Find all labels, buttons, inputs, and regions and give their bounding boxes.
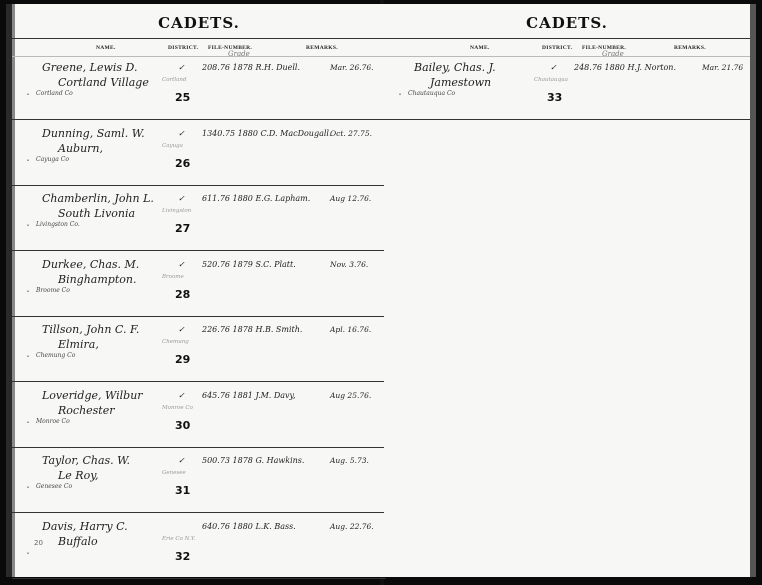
cadet-name: Davis, Harry C. — [42, 520, 128, 533]
entry-rule — [12, 578, 386, 579]
ledger-entry: Taylor, Chas. W. Le Roy, Genesee Co Gene… — [12, 450, 386, 513]
cadet-name: Dunning, Saml. W. — [42, 127, 145, 140]
page-title: CADETS. — [12, 14, 386, 32]
file-number: 1340.75 1880 C.D. MacDougall. — [202, 129, 332, 138]
cadet-town: Jamestown — [430, 76, 491, 89]
cadet-name: Greene, Lewis D. — [42, 61, 137, 74]
tick-mark-icon: ˇ — [398, 93, 402, 102]
entry-number: 31 — [175, 484, 190, 497]
file-number: 520.76 1879 S.C. Platt. — [202, 260, 296, 269]
district-note: Genesee — [162, 470, 186, 476]
cadet-county: Chautauqua Co — [408, 90, 455, 97]
district-note: Cayuga — [162, 143, 183, 149]
title-rule — [12, 38, 386, 39]
check-mark-icon: ✓ — [178, 325, 185, 334]
column-header-district: DISTRICT. — [542, 45, 572, 51]
column-header-district: DISTRICT. — [168, 45, 198, 51]
tick-mark-icon: ˇ — [26, 552, 30, 561]
cadet-name: Bailey, Chas. J. — [414, 61, 496, 74]
cadet-county: Chemung Co — [36, 352, 75, 359]
remarks-date: Nov. 3.76. — [330, 260, 368, 269]
entry-rule — [384, 119, 750, 120]
district-note: Monroe Co — [162, 405, 193, 411]
remarks-date: Mar. 26.76. — [330, 63, 374, 72]
remarks-date: Aug. 22.76. — [330, 522, 374, 531]
entry-rule — [12, 512, 386, 513]
check-mark-icon: ✓ — [178, 129, 185, 138]
ledger-entry: Durkee, Chas. M. Binghampton. Broome Co … — [12, 254, 386, 317]
district-note: Broome — [162, 274, 184, 280]
cadet-county: Broome Co — [36, 287, 70, 294]
district-note: Chautauqua — [534, 77, 568, 83]
file-number: 645.76 1881 J.M. Davy, — [202, 391, 296, 400]
district-note: Livingston — [162, 208, 191, 214]
page-mark: 20 — [34, 539, 43, 547]
ledger-entry: Davis, Harry C. Buffalo Erie Co N.Y. 640… — [12, 516, 386, 579]
cadet-town: Elmira, — [58, 338, 99, 351]
check-mark-icon: ✓ — [550, 63, 557, 72]
ledger-entry: Chamberlin, John L. South Livonia Living… — [12, 188, 386, 251]
cadet-county: Monroe Co — [36, 418, 70, 425]
cadet-name: Loveridge, Wilbur — [42, 389, 143, 402]
file-number: 640.76 1880 L.K. Bass. — [202, 522, 296, 531]
column-header-name: NAME. — [96, 45, 116, 51]
check-mark-icon: ✓ — [178, 456, 185, 465]
cadet-town: Binghampton. — [58, 273, 136, 286]
cadet-town: Auburn, — [58, 142, 103, 155]
remarks-date: Aug 25.76. — [330, 391, 371, 400]
file-number: 500.73 1878 G. Hawkins. — [202, 456, 304, 465]
entry-number: 33 — [547, 91, 562, 104]
file-number: 611.76 1880 E.G. Lapham. — [202, 194, 310, 203]
file-number: 248.76 1880 H.J. Norton. — [574, 63, 676, 72]
tick-mark-icon: ˇ — [26, 93, 30, 102]
ledger-entry: Loveridge, Wilbur Rochester Monroe Co Mo… — [12, 385, 386, 448]
file-number: 226.76 1878 H.B. Smith. — [202, 325, 302, 334]
tick-mark-icon: ˇ — [26, 486, 30, 495]
ledger-entry: Tillson, John C. F. Elmira, Chemung Co C… — [12, 319, 386, 382]
district-note: Erie Co N.Y. — [162, 536, 196, 542]
check-mark-icon: ✓ — [178, 260, 185, 269]
cadet-name: Tillson, John C. F. — [42, 323, 139, 336]
remarks-date: Oct. 27.75. — [330, 129, 372, 138]
cadet-name: Durkee, Chas. M. — [42, 258, 139, 271]
tick-mark-icon: ˇ — [26, 290, 30, 299]
cadet-town: Le Roy, — [58, 469, 98, 482]
cadet-town: South Livonia — [58, 207, 135, 220]
entry-number: 25 — [175, 91, 190, 104]
ledger-entry: Dunning, Saml. W. Auburn, Cayuga Co Cayu… — [12, 123, 386, 186]
remarks-date: Mar. 21.76 — [702, 63, 743, 72]
district-note: Chemung — [162, 339, 189, 345]
cadet-town: Buffalo — [58, 535, 98, 548]
right-ledger-page: CADETS. NAME. DISTRICT. FILE-NUMBER. Gra… — [384, 4, 756, 577]
tick-mark-icon: ˇ — [26, 355, 30, 364]
check-mark-icon: ✓ — [178, 194, 185, 203]
district-note: Cortland — [162, 77, 186, 83]
tick-mark-icon: ˇ — [26, 224, 30, 233]
entry-rule — [12, 381, 386, 382]
entry-rule — [12, 316, 386, 317]
entry-rule — [12, 447, 386, 448]
ledger-entry: Greene, Lewis D. Cortland Village Cortla… — [12, 57, 386, 120]
entry-number: 30 — [175, 419, 190, 432]
entry-number: 29 — [175, 353, 190, 366]
tick-mark-icon: ˇ — [26, 421, 30, 430]
cadet-town: Rochester — [58, 404, 115, 417]
column-header-remarks: REMARKS. — [306, 45, 338, 51]
cadet-name: Chamberlin, John L. — [42, 192, 154, 205]
page-title: CADETS. — [384, 14, 750, 32]
cadet-town: Cortland Village — [58, 76, 149, 89]
cadet-name: Taylor, Chas. W. — [42, 454, 130, 467]
cadet-county: Genesee Co — [36, 483, 72, 490]
remarks-date: Aug. 5.73. — [330, 456, 369, 465]
title-rule — [384, 38, 750, 39]
entry-rule — [12, 250, 386, 251]
entry-number: 26 — [175, 157, 190, 170]
remarks-date: Apl. 16.76. — [330, 325, 371, 334]
remarks-date: Aug 12.76. — [330, 194, 371, 203]
entry-rule — [12, 185, 386, 186]
check-mark-icon: ✓ — [178, 63, 185, 72]
entry-number: 32 — [175, 550, 190, 563]
left-ledger-page: CADETS. NAME. DISTRICT. FILE-NUMBER. Gra… — [6, 4, 386, 577]
entry-rule — [12, 119, 386, 120]
column-header-name: NAME. — [470, 45, 490, 51]
column-header-remarks: REMARKS. — [674, 45, 706, 51]
tick-mark-icon: ˇ — [26, 159, 30, 168]
cadet-county: Cayuga Co — [36, 156, 69, 163]
file-number: 208.76 1878 R.H. Duell. — [202, 63, 300, 72]
cadet-county: Cortland Co — [36, 90, 73, 97]
ledger-entry: Bailey, Chas. J. Jamestown Chautauqua Co… — [384, 57, 750, 120]
check-mark-icon: ✓ — [178, 391, 185, 400]
entry-number: 28 — [175, 288, 190, 301]
entry-number: 27 — [175, 222, 190, 235]
cadet-county: Livingston Co. — [36, 221, 80, 228]
